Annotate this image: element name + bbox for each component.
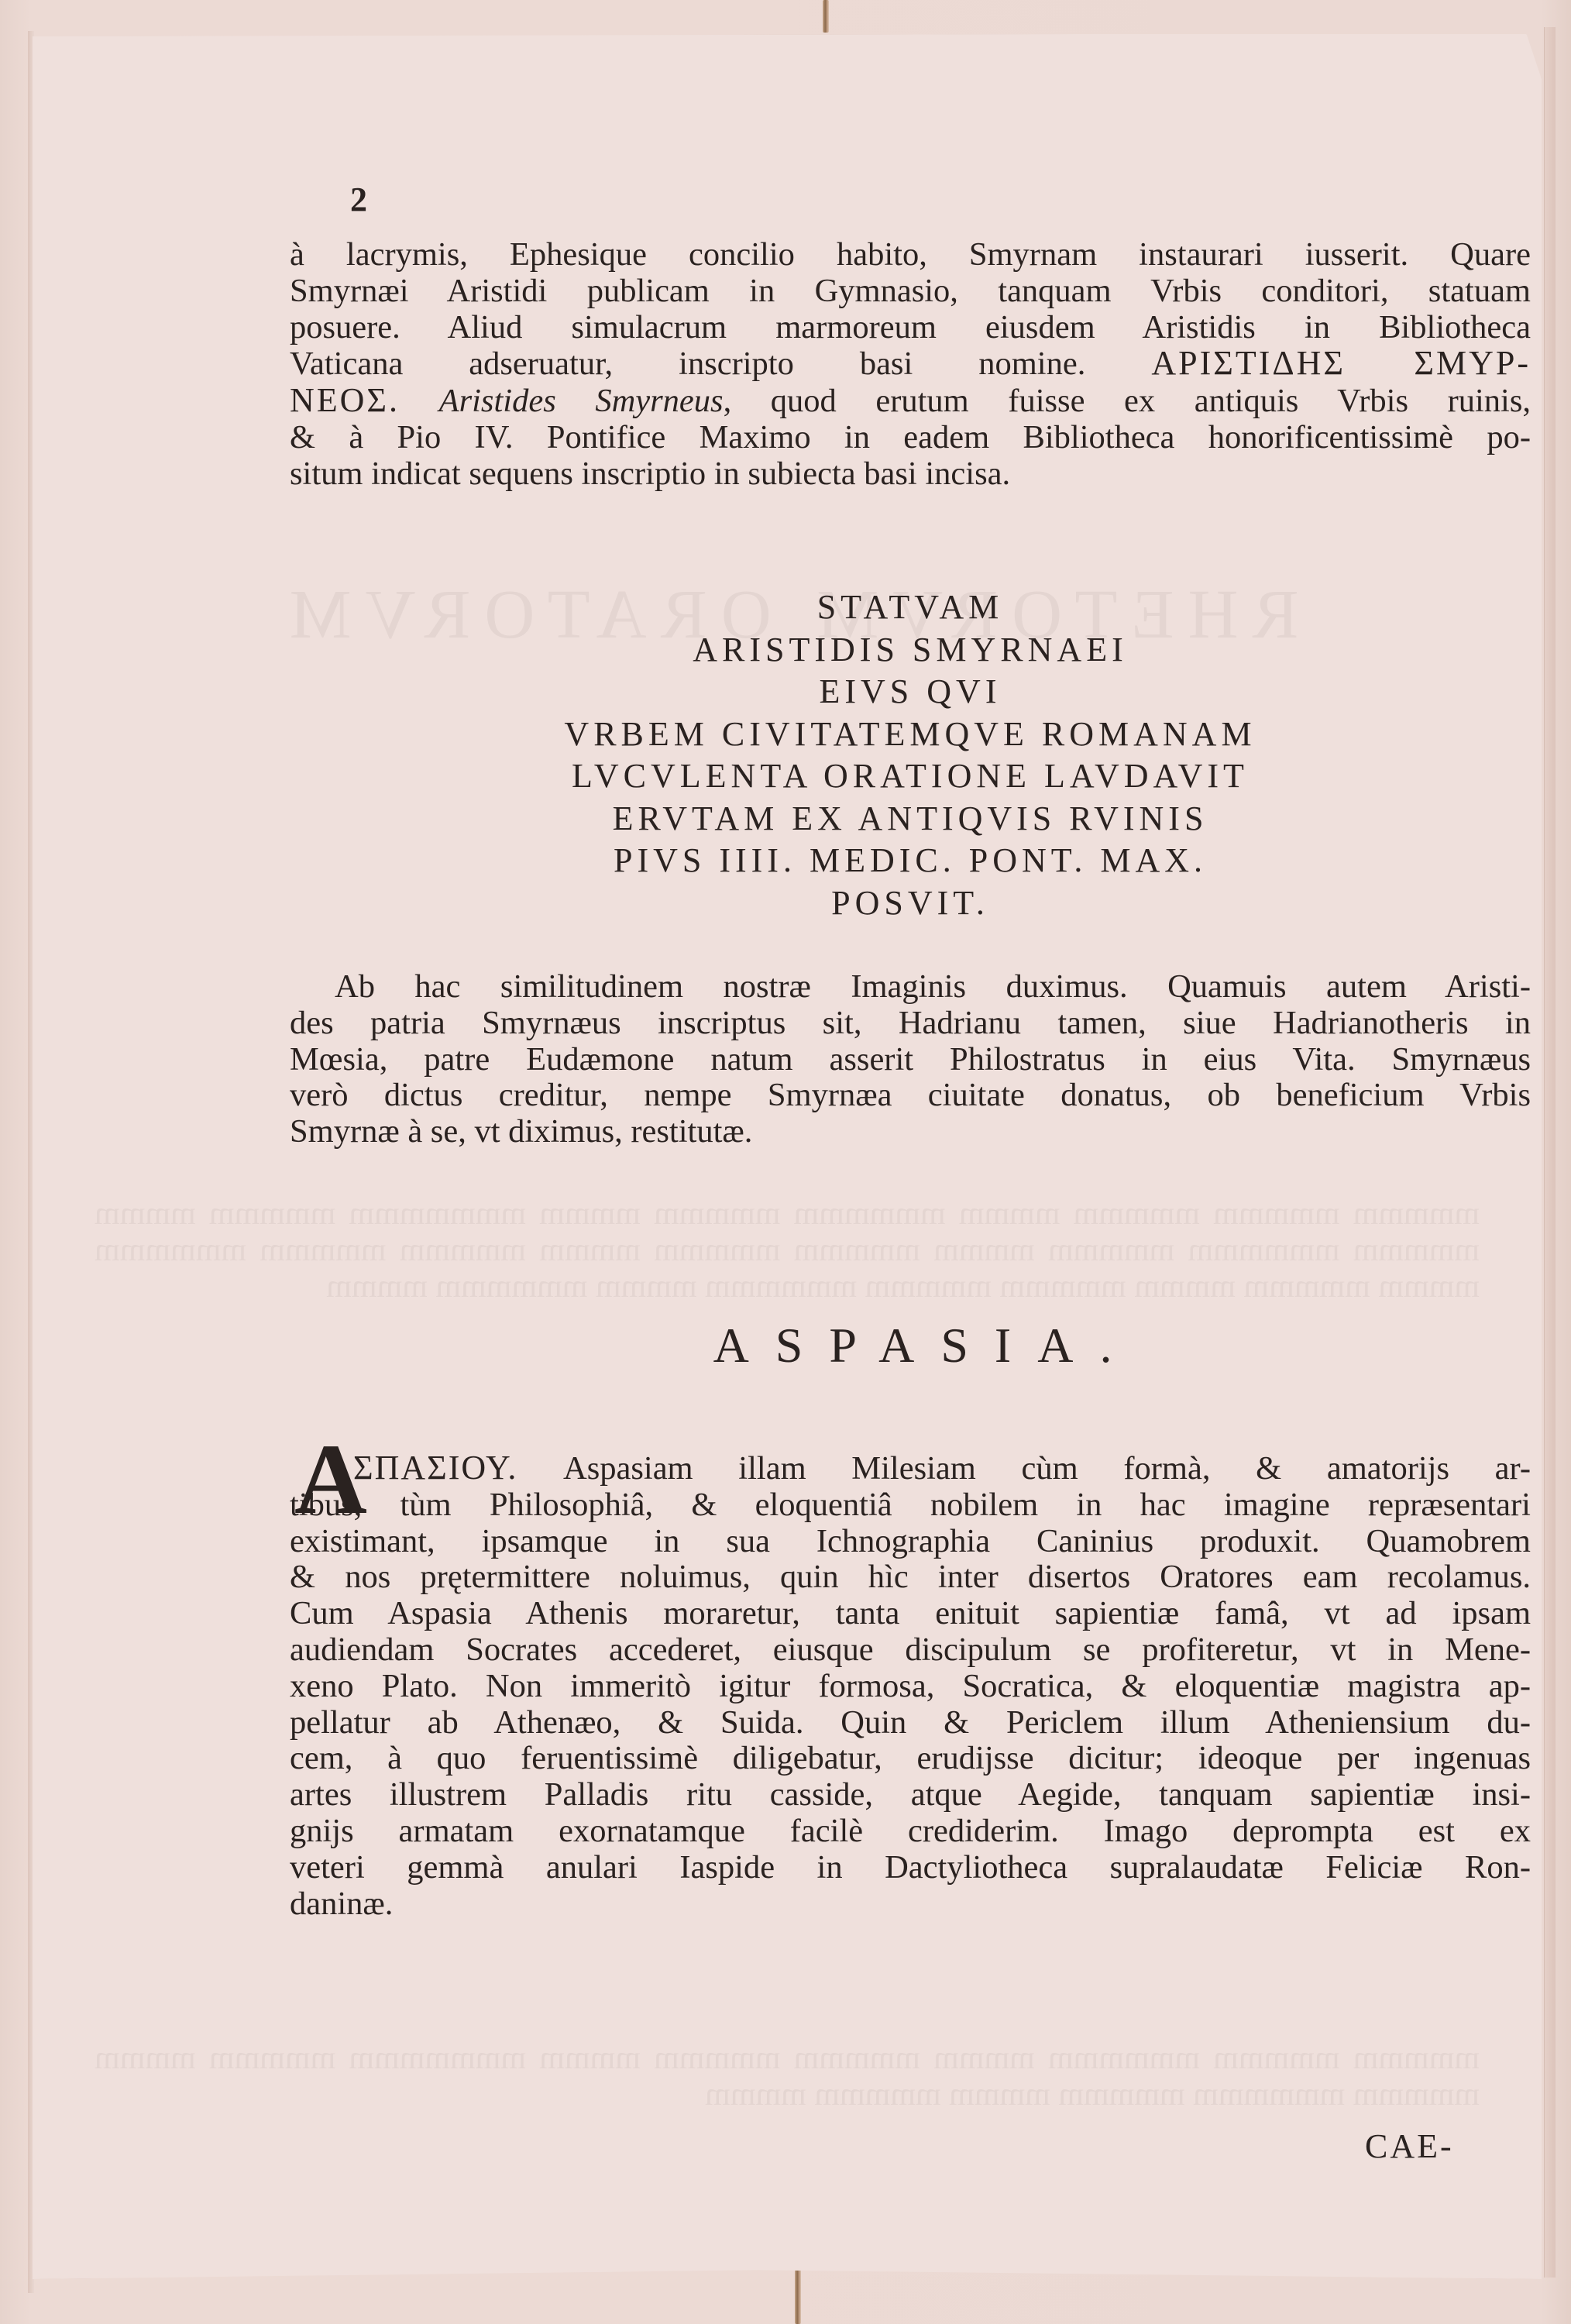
greek-name: ΝΕΟΣ. [290,381,400,419]
text-line: gnijs armatam exornatamque facilè credid… [290,1813,1531,1850]
aristides-paragraph-2: Ab hac similitudinem nostræ Imaginis dux… [290,969,1531,1150]
inscription-line: PIVS IIII. MEDIC. PONT. MAX. [290,840,1531,882]
text-line: des patria Smyrnæus inscriptus sit, Hadr… [290,1006,1531,1042]
text-line: Vaticana adseruatur, inscripto basi nomi… [290,346,1531,383]
page-number: 2 [350,180,368,219]
text-line: audiendam Socrates accederet, eiusque di… [290,1632,1531,1669]
text-line: Smyrnæ à se, vt diximus, restitutæ. [290,1114,1531,1150]
text-line: tibus, tùm Philosophiâ, & eloquentiâ nob… [290,1487,1531,1524]
inscription-line: EIVS QVI [290,671,1531,713]
show-through-texture: mmmmm mmmmm mmmmm mmmm mmmmmm mmmmm mmmm… [95,1196,1480,1305]
inscription-line: POSVIT. [290,882,1531,925]
greek-heading: ΣΠΑΣΙΟΥ. [353,1449,517,1487]
text-line: Ab hac similitudinem nostræ Imaginis dux… [290,969,1531,1006]
latin-name-italic: Aristides Smyrneus [439,383,724,419]
text-line: posuere. Aliud simulacrum marmoreum eius… [290,310,1531,346]
statue-inscription: STATVAM ARISTIDIS SMYRNAEI EIVS QVI VRBE… [290,586,1531,924]
catchword: CAE- [1365,2126,1454,2166]
text-line: Cum Aspasia Athenis moraretur, tanta eni… [290,1596,1531,1632]
text-line: Smyrnæi Aristidi publicam in Gymnasio, t… [290,273,1531,310]
text-line: & nos prętermittere noluimus, quin hìc i… [290,1559,1531,1596]
text-line: situm indicat sequens inscriptio in subi… [290,456,1531,493]
show-through-texture: mmmmm mmmmm mmmmmm mmmm mmmmm mmmmm mmmm… [95,2040,1480,2113]
text-fragment: Vaticana adseruatur, inscripto basi nomi… [290,346,1085,382]
text-line: & à Pio IV. Pontifice Maximo in eadem Bi… [290,420,1531,456]
text-line: daninæ. [290,1886,1531,1923]
section-title-aspasia: ASPASIA. [290,1317,1531,1374]
text-line: verò dictus creditur, nempe Smyrnæa ciui… [290,1078,1531,1114]
text-line: ΣΠΑΣΙΟΥ. Aspasiam illam Milesiam cùm for… [290,1450,1531,1487]
text-fragment: , quod erutum fuisse ex antiquis Vrbis r… [724,383,1531,419]
inscription-line: ARISTIDIS SMYRNAEI [290,629,1531,672]
text-line: xeno Plato. Non immeritò igitur formosa,… [290,1669,1531,1705]
inscription-line: STATVAM [290,586,1531,629]
book-gutter-top [823,0,829,33]
greek-name: ΑΡΙΣΤΙΔΗΣ ΣΜΥΡ- [1151,344,1531,382]
book-gutter-bottom [795,2266,801,2324]
text-line: pellatur ab Athenæo, & Suida. Quin & Per… [290,1705,1531,1741]
inscription-line: ERVTAM EX ANTIQVIS RVINIS [290,798,1531,841]
text-line: Mœsia, patre Eudæmone natum asserit Phil… [290,1042,1531,1078]
text-line: à lacrymis, Ephesique concilio habito, S… [290,237,1531,273]
inscription-line: LVCVLENTA ORATIONE LAVDAVIT [290,755,1531,798]
text-line: existimant, ipsamque in sua Ichnographia… [290,1524,1531,1560]
text-line: artes illustrem Palladis ritu casside, a… [290,1777,1531,1813]
text-fragment: Aspasiam illam Milesiam cùm formà, & ama… [563,1450,1531,1487]
text-line: ΝΕΟΣ. Aristides Smyrneus, quod erutum fu… [290,383,1531,420]
page-stack-right-edge [1544,27,1556,2278]
text-line: veteri gemmà anulari Iaspide in Dactylio… [290,1850,1531,1886]
inscription-line: VRBEM CIVITATEMQVE ROMANAM [290,713,1531,756]
aristides-paragraph-1: à lacrymis, Ephesique concilio habito, S… [290,237,1531,493]
text-line: cem, à quo feruentissimè diligebatur, er… [290,1741,1531,1777]
aspasia-paragraph: ΣΠΑΣΙΟΥ. Aspasiam illam Milesiam cùm for… [290,1450,1531,1922]
